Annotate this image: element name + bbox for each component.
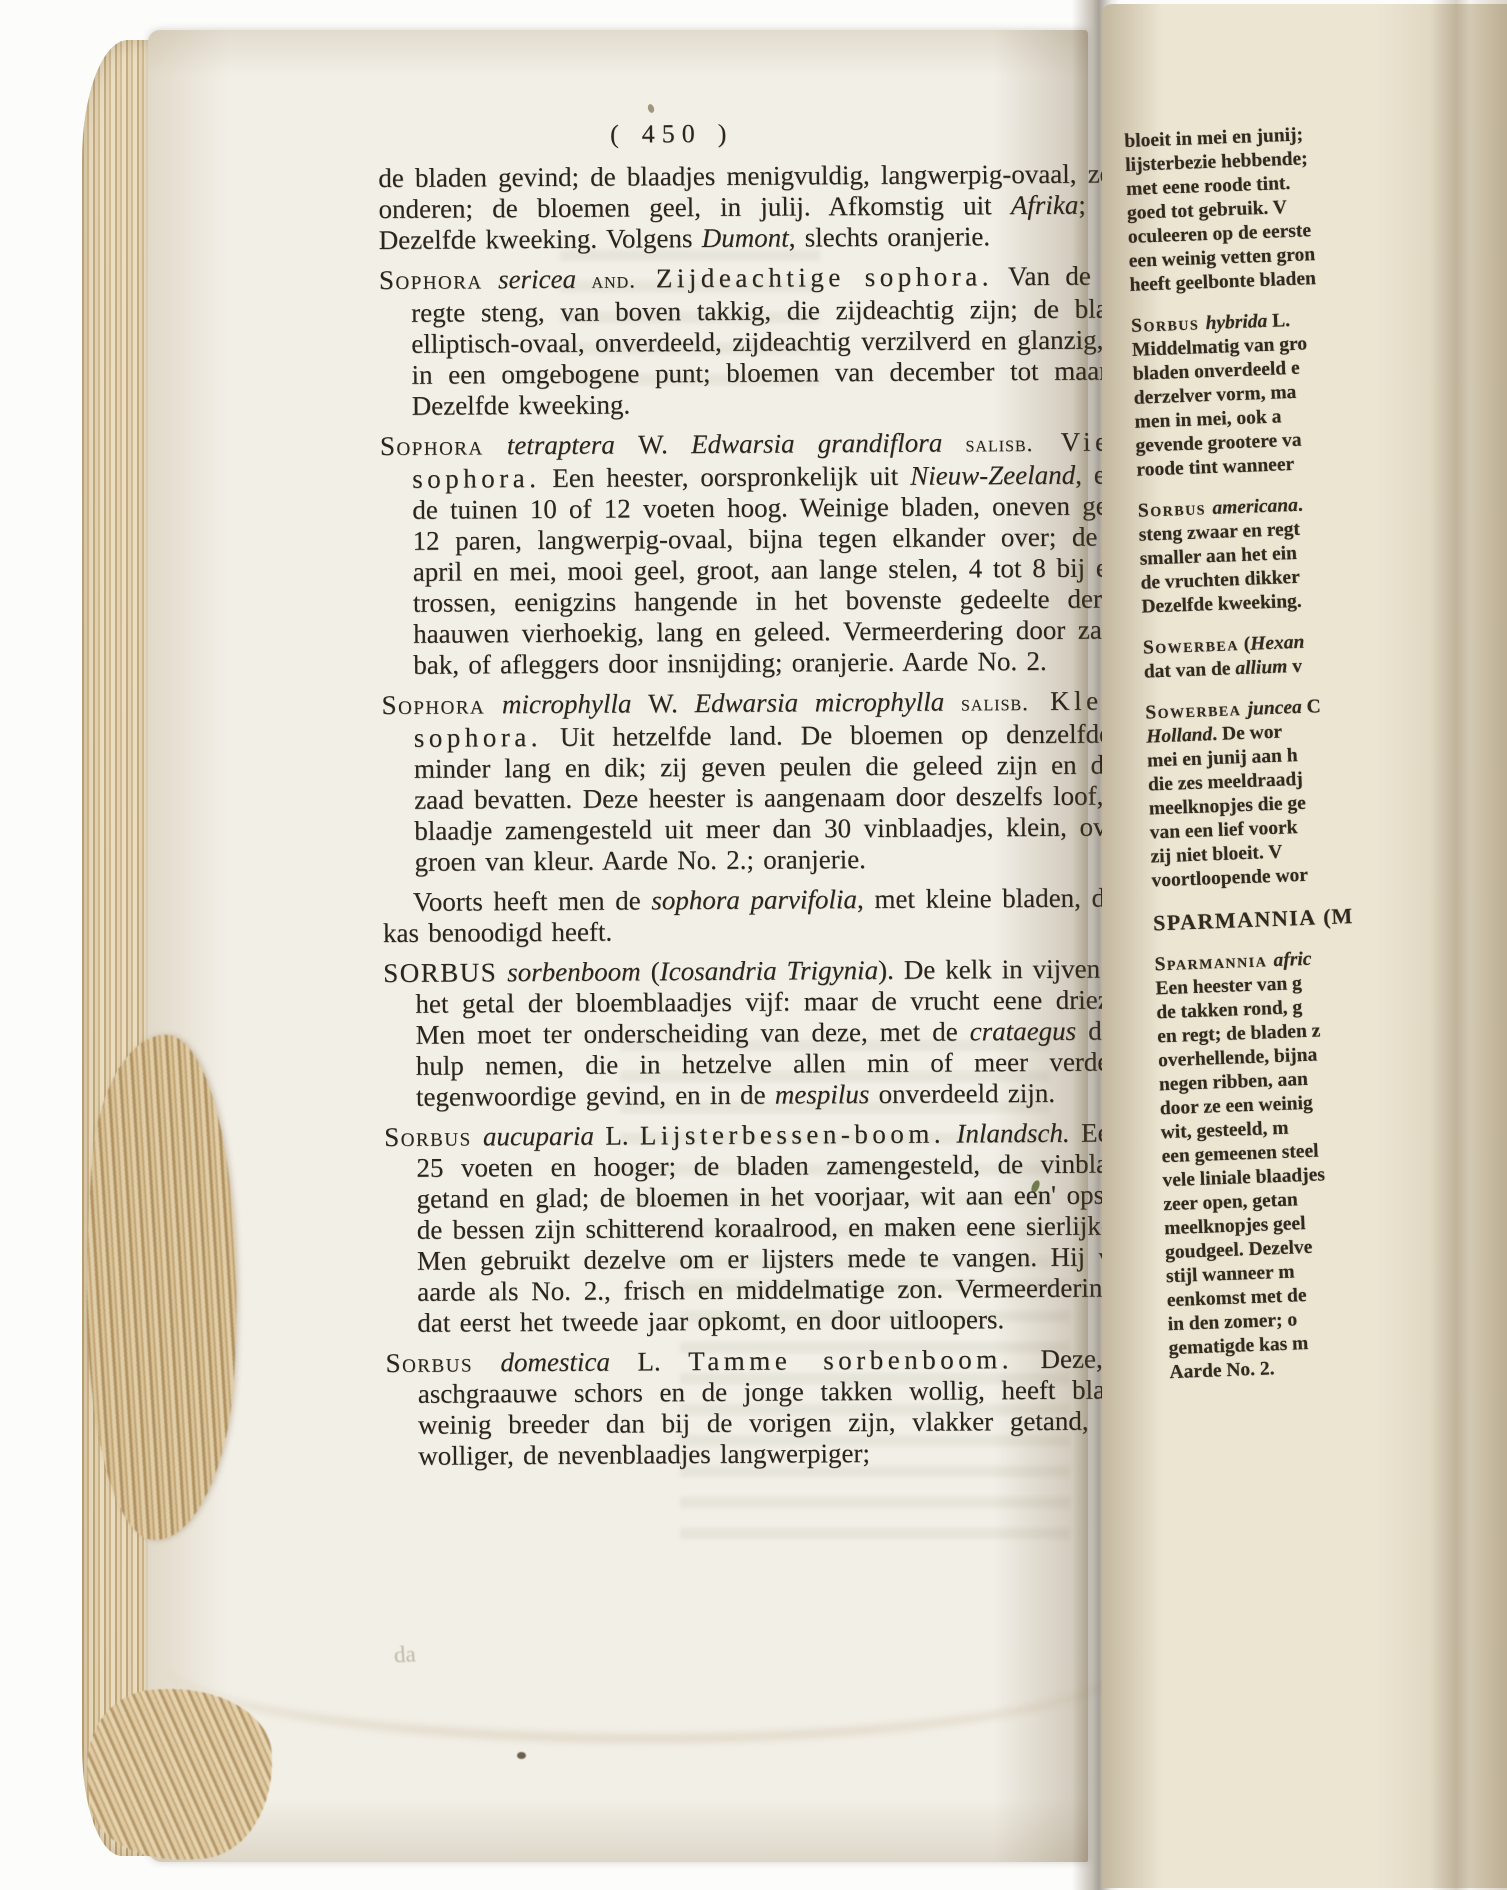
text-segment: Inlandsch. <box>956 1118 1069 1149</box>
text-segment: Dumont <box>702 222 789 253</box>
text-segment: allium <box>1235 656 1288 679</box>
text-segment: Voorts heeft men de <box>413 885 652 916</box>
text-segment: domestica <box>473 1346 638 1377</box>
text-segment: gematigde kas m <box>1168 1333 1308 1359</box>
text-segment: sericea <box>483 264 592 295</box>
text-segment: Sowerbea <box>1145 699 1248 724</box>
text-segment: zeer open, getan <box>1163 1189 1298 1215</box>
stain-mark <box>165 1585 1125 1742</box>
text-segment: Edwarsia microphylla <box>694 686 961 718</box>
text-segment: eenkomst met de <box>1167 1285 1307 1311</box>
text-segment: sorbenboom <box>497 956 651 987</box>
text-segment: smaller aan het ein <box>1139 543 1297 570</box>
text-segment: stijl wanneer m <box>1166 1262 1295 1288</box>
text-segment: hybrida <box>1205 311 1267 334</box>
text-segment: men in mei, ook a <box>1134 406 1281 432</box>
text-segment: SPARMANNIA <box>1153 904 1318 935</box>
text-segment: Sophora <box>380 430 484 461</box>
text-segment: L. <box>1267 310 1291 332</box>
text-segment: juncea <box>1247 697 1302 720</box>
text-segment: Lijsterbessen-boom. <box>640 1119 945 1151</box>
text-segment: voortloopende wor <box>1151 865 1308 892</box>
text-segment: in den zomer; o <box>1167 1309 1297 1335</box>
text-segment: and. <box>591 267 636 293</box>
text-segment: Sorbus <box>1138 498 1213 522</box>
text-segment: heeft geelbonte bladen <box>1129 268 1316 296</box>
text-segment: wit, gesteeld, m <box>1160 1118 1288 1144</box>
text-segment: C <box>1301 696 1321 718</box>
text-segment: (M <box>1316 903 1353 929</box>
text-segment: roode tint wanneer <box>1136 454 1294 481</box>
ink-speck <box>517 1752 526 1759</box>
text-segment: overhellende, bijna <box>1158 1045 1318 1072</box>
text-segment: goed tot gebruik. V <box>1127 197 1288 224</box>
text-segment: mespilus <box>775 1079 870 1110</box>
show-through-text: da <box>393 1641 416 1668</box>
text-segment: Een heester, oorspronkelijk uit <box>540 461 910 493</box>
text-segment: salisb. <box>961 690 1029 716</box>
text-segment: de vruchten dikker <box>1140 567 1300 594</box>
text-segment: sophora parvifolia <box>651 884 857 915</box>
text-segment: americana <box>1212 495 1298 519</box>
text-segment: door ze een weinig <box>1160 1093 1314 1120</box>
text-segment: Sorbus <box>384 1121 472 1152</box>
text-segment: . De wor <box>1212 722 1283 746</box>
text-segment <box>945 1118 957 1148</box>
text-segment: microphylla <box>485 688 648 719</box>
text-segment: goudgeel. Dezelve <box>1165 1237 1313 1263</box>
text-segment: Icosandria Trigynia <box>660 955 879 986</box>
text-segment: L. <box>637 1346 688 1376</box>
text-segment: die zes meeldraadj <box>1148 769 1304 796</box>
text-segment: zij niet bloeit. V <box>1150 842 1282 868</box>
text-segment: v <box>1287 656 1302 678</box>
text-segment: Een heester van g <box>1155 973 1302 999</box>
text-segment: Dezelfde kweeking. <box>1141 591 1302 618</box>
text-segment: Edwarsia grandiflora <box>691 427 966 459</box>
text-segment: crataegus <box>970 1016 1077 1047</box>
text-segment: negen ribben, aan <box>1159 1069 1309 1095</box>
text-segment: L. <box>605 1120 640 1150</box>
text-segment: Sorbus <box>1131 313 1206 337</box>
text-segment: de takken rond, g <box>1156 997 1303 1023</box>
text-segment: Sparmannia <box>1154 950 1274 975</box>
text-segment: afric <box>1273 949 1312 971</box>
text-segment: meelknopjes die ge <box>1149 793 1307 820</box>
text-segment: Sophora <box>381 689 485 720</box>
text-segment: een gemeenen steel <box>1161 1141 1319 1168</box>
text-segment: mei en junij aan h <box>1147 745 1298 772</box>
text-segment: W. <box>638 429 691 459</box>
right-page-crease <box>1430 0 1507 1890</box>
text-segment: vele liniale blaadjes <box>1162 1164 1325 1191</box>
text-segment: Nieuw-Zeeland <box>910 460 1075 491</box>
text-segment: aucuparia <box>471 1121 605 1152</box>
text-segment: W. <box>648 688 695 718</box>
text-segment: Tamme sorbenboom. <box>688 1344 1013 1376</box>
book-photo: ( 450 ) de bladen gevind; de blaadjes me… <box>0 0 1507 1890</box>
text-segment: Sowerbea <box>1143 634 1240 659</box>
text-segment: onverdeeld zijn. <box>869 1078 1055 1109</box>
text-segment: , slechts oranjerie. <box>789 221 991 252</box>
text-segment: SORBUS <box>383 957 497 988</box>
text-segment: Aarde No. 2. <box>1169 1358 1275 1383</box>
text-segment: salisb. <box>965 431 1033 457</box>
text-segment: Afrika <box>1011 190 1079 220</box>
text-segment: . <box>1298 495 1304 516</box>
text-segment: dat van de <box>1143 658 1235 682</box>
text-segment: Sophora <box>379 264 483 295</box>
text-segment: van een lief voork <box>1149 817 1298 843</box>
text-segment: Sorbus <box>386 1347 474 1378</box>
text-segment: Zijdeachtige sophora. <box>636 261 993 293</box>
text-segment: Hexan <box>1250 632 1305 655</box>
text-segment: tetraptera <box>484 429 639 460</box>
text-segment: Holland <box>1146 724 1213 747</box>
text-segment: meelknopjes geel <box>1164 1213 1306 1239</box>
